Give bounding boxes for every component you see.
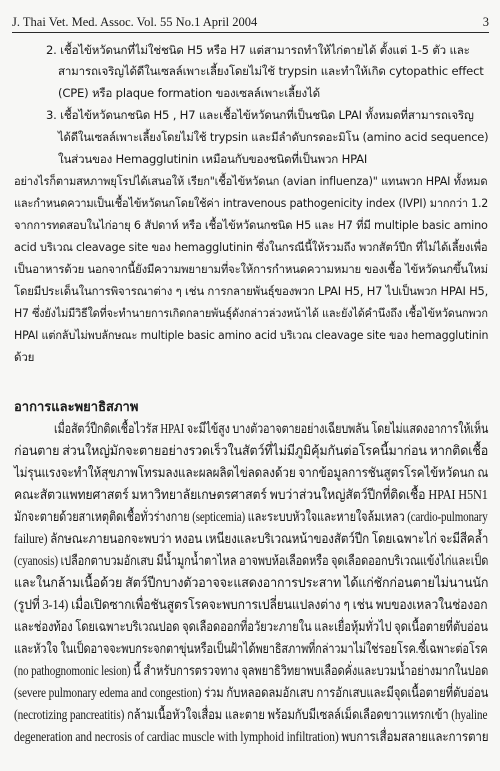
paragraph-line: และกำหนดความเป็นเชื้อไข้หวัดนกโดยใช้ค่า … — [14, 194, 488, 212]
list-item-3-line: ได้ดีในเซลล์เพาะเลี้ยงโดยไม่ใช้ trypsin … — [58, 128, 488, 146]
paragraph-line: อย่างไรก็ตามสหภาพยุโรปได้เสนอให้ เรียก"เ… — [14, 172, 487, 190]
paragraph-line: และหัวใจ ในเป็ดอาจจะพบกระจกตาขุ่นหรือเป็… — [14, 640, 488, 658]
journal-citation: J. Thai Vet. Med. Assoc. Vol. 55 No.1 Ap… — [12, 15, 257, 30]
paragraph-line: โดยมีประเด็นในการพิจารณาต่าง ๆ เช่น การก… — [14, 282, 488, 300]
paragraph-line: (รูปที่ 3-14) เมื่อเปิดซากเพื่อชันสูตรโร… — [14, 596, 487, 614]
list-item-3-line: ในส่วนของ Hemagglutinin เหมือนกับของชนิด… — [58, 150, 367, 168]
paragraph-line: acid บริเวณ cleavage site ของ hemaggluti… — [14, 238, 487, 256]
paragraph-line: failure) ลักษณะภายนอกจะพบว่า หงอน เหนียง… — [14, 530, 488, 548]
paragraph-line: และในกล้ามเนื้อด้วย สัตว์ปีกบางตัวอาจจะแ… — [14, 574, 488, 592]
paragraph-line: จากการทดสอบในไก่อายุ 6 สัปดาห์ หรือ เชื้… — [14, 216, 488, 234]
paragraph-line: (no pathognomonic lesion) นี้ สำหรับการต… — [14, 662, 488, 680]
running-header: J. Thai Vet. Med. Assoc. Vol. 55 No.1 Ap… — [12, 12, 489, 33]
paragraph-line: ไม่รุนแรงจะทำให้สุขภาพโทรมลงและผลผลิตไข่… — [14, 464, 488, 482]
list-item-2-line: 2. เชื้อไข้หวัดนกที่ไม่ใช่ชนิด H5 หรือ H… — [46, 41, 470, 59]
paragraph-line: (necrotizing pancreatitis) กล้ามเนื้อหัว… — [14, 706, 487, 724]
paragraph-line: HPAI แต่กลับไม่พบลักษณะ multiple basic a… — [14, 326, 488, 344]
paragraph-line: มักจะตายด้วยสาเหตุติดเชื้อทั่วร่างกาย (s… — [14, 508, 488, 526]
list-item-3-line: 3. เชื้อไข้หวัดนกชนิด H5 , H7 และเชื้อไข… — [46, 106, 474, 124]
paragraph-line: ก่อนตาย ส่วนใหญ่มักจะตายอย่างรวดเร็วในสั… — [14, 442, 488, 460]
paragraph-line: เมื่อสัตว์ปีกติดเชื้อไวรัส HPAI จะมีไข้ส… — [54, 420, 488, 438]
list-item-2-line: (CPE) หรือ plaque formation ของเซลล์เพาะ… — [58, 84, 320, 102]
list-item-2-line: สามารถเจริญได้ดีในเซลล์เพาะเลี้ยงโดยไม่ใ… — [58, 62, 484, 80]
paragraph-line: คณะสัตวแพทยศาสตร์ มหาวิทยาลัยเกษตรศาสตร์… — [14, 486, 488, 504]
paragraph-line: ด้วย — [14, 348, 34, 366]
paragraph-line: เป็นอาหารด้วย นอกจากนี้ยังมีความพยายามที… — [14, 260, 488, 278]
paragraph-line: H7 ซึ่งยังไม่มีวิธีใดที่จะทำนายการเกิดกล… — [14, 304, 488, 322]
paragraph-line: และช่องท้อง โดยเฉพาะบริเวณปอด จุดเลือดออ… — [14, 618, 488, 636]
paragraph-line: (severe pulmonary edema and congestion) … — [14, 684, 488, 702]
section-heading: อาการและพยาธิสภาพ — [14, 398, 138, 416]
paragraph-line: degeneration and necrosis of cardiac mus… — [14, 728, 489, 746]
paragraph-line: (cyanosis) เปลือกตาบวมอักเสบ มีน้ำมูกน้ำ… — [14, 552, 488, 570]
page-number: 3 — [483, 15, 489, 30]
